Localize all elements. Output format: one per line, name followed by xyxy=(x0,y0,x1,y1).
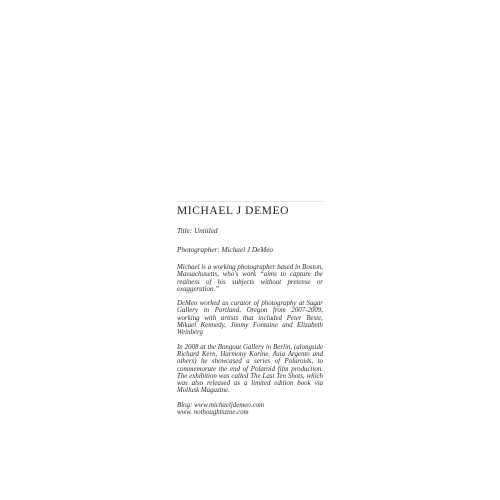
artist-name-heading: MICHAEL J DEMEO xyxy=(177,205,323,218)
photographer-line: Photographer: Michael J DeMeo xyxy=(177,246,323,254)
bio-paragraph-3: In 2008 at the Bongout Gallery in Berlin… xyxy=(177,344,323,395)
bio-paragraph-2: DeMeo worked as curator of photography a… xyxy=(177,300,323,336)
document-page: MICHAEL J DEMEO Title: Untitled Photogra… xyxy=(0,0,500,500)
blog-url-line: Blog: www.michaeljdemeo.com xyxy=(177,402,323,409)
bio-paragraph-1: Michael is a working photographer based … xyxy=(177,264,323,293)
photo-title-line: Title: Untitled xyxy=(177,227,323,235)
zine-url-line: www. nothoughtszine.com xyxy=(177,409,323,416)
artist-info-block: MICHAEL J DEMEO Title: Untitled Photogra… xyxy=(177,201,323,416)
title-divider xyxy=(177,201,323,202)
